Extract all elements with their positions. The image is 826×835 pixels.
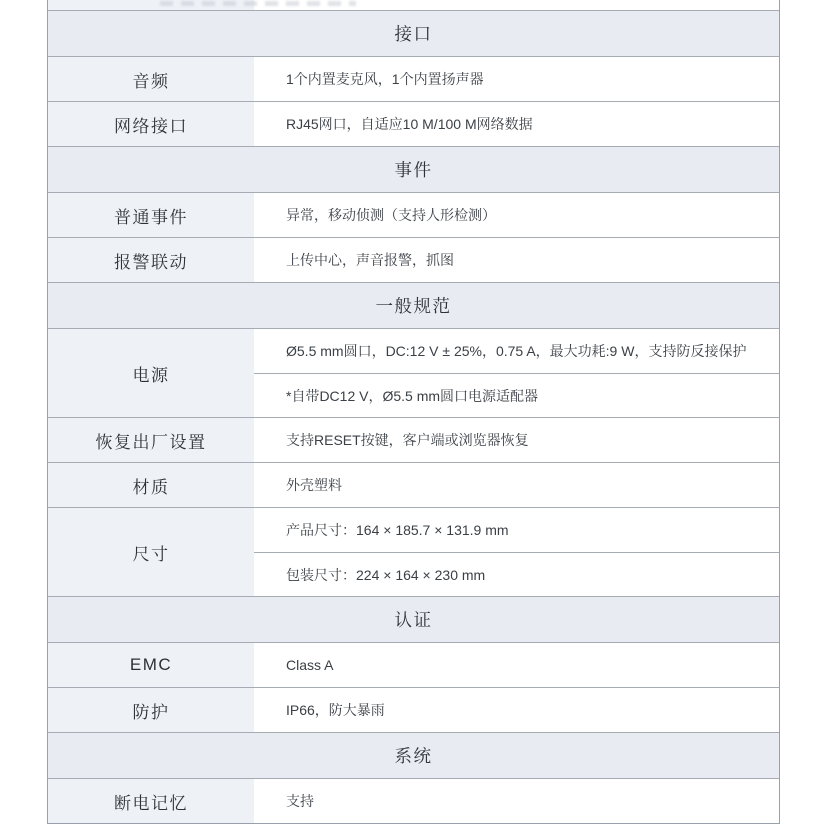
- spec-values-factory-reset: 支持RESET按键，客户端或浏览器恢复: [254, 418, 779, 462]
- spec-values-normal-event: 异常，移动侦测（支持人形检测）: [254, 193, 779, 237]
- spec-values-network-interface: RJ45网口，自适应10 M/100 M网络数据: [254, 102, 779, 146]
- spec-table: 接口音频1个内置麦克风，1个内置扬声器网络接口RJ45网口，自适应10 M/10…: [47, 0, 780, 824]
- spec-label-dimensions: 尺寸: [48, 508, 254, 596]
- spec-value: 包装尺寸：224 × 164 × 230 mm: [254, 552, 779, 596]
- spec-value: 支持RESET按键，客户端或浏览器恢复: [254, 418, 779, 462]
- spec-label-network-interface: 网络接口: [48, 102, 254, 146]
- spec-row-network-interface: 网络接口RJ45网口，自适应10 M/100 M网络数据: [48, 101, 779, 146]
- spec-value: 产品尺寸：164 × 185.7 × 131.9 mm: [254, 508, 779, 552]
- spec-value: 上传中心，声音报警，抓图: [254, 238, 779, 282]
- spec-row-audio: 音频1个内置麦克风，1个内置扬声器: [48, 56, 779, 101]
- section-header-event: 事件: [48, 146, 779, 192]
- section-header-certification: 认证: [48, 596, 779, 642]
- spec-label-material: 材质: [48, 463, 254, 507]
- section-title: 一般规范: [376, 293, 452, 318]
- spec-label-normal-event: 普通事件: [48, 193, 254, 237]
- spec-values-power-off-memory: 支持: [254, 779, 779, 823]
- spec-label-power: 电源: [48, 329, 254, 417]
- spec-row-dimensions: 尺寸产品尺寸：164 × 185.7 × 131.9 mm包装尺寸：224 × …: [48, 507, 779, 596]
- spec-value: 支持: [254, 779, 779, 823]
- spec-values-power: Ø5.5 mm圆口，DC:12 V ± 25%，0.75 A，最大功耗:9 W，…: [254, 329, 779, 417]
- section-title: 事件: [395, 157, 433, 182]
- clipped-row-label-cell: [48, 0, 254, 10]
- spec-value: RJ45网口，自适应10 M/100 M网络数据: [254, 102, 779, 146]
- spec-values-alarm-linkage: 上传中心，声音报警，抓图: [254, 238, 779, 282]
- spec-value: 1个内置麦克风，1个内置扬声器: [254, 57, 779, 101]
- spec-row-alarm-linkage: 报警联动上传中心，声音报警，抓图: [48, 237, 779, 282]
- spec-value: Ø5.5 mm圆口，DC:12 V ± 25%，0.75 A，最大功耗:9 W，…: [254, 329, 779, 373]
- spec-label-factory-reset: 恢复出厂设置: [48, 418, 254, 462]
- spec-values-dimensions: 产品尺寸：164 × 185.7 × 131.9 mm包装尺寸：224 × 16…: [254, 508, 779, 596]
- spec-value: 外壳塑料: [254, 463, 779, 507]
- spec-value: 异常，移动侦测（支持人形检测）: [254, 193, 779, 237]
- section-header-system: 系统: [48, 732, 779, 778]
- spec-value: Class A: [254, 643, 779, 687]
- spec-label-protection: 防护: [48, 688, 254, 732]
- spec-value: IP66，防大暴雨: [254, 688, 779, 732]
- spec-values-emc: Class A: [254, 643, 779, 687]
- clipped-row: [48, 0, 779, 10]
- spec-label-emc: EMC: [48, 643, 254, 687]
- spec-label-alarm-linkage: 报警联动: [48, 238, 254, 282]
- spec-row-factory-reset: 恢复出厂设置支持RESET按键，客户端或浏览器恢复: [48, 417, 779, 462]
- clipped-row-value-cell: [254, 0, 779, 10]
- spec-row-protection: 防护IP66，防大暴雨: [48, 687, 779, 732]
- section-header-general: 一般规范: [48, 282, 779, 328]
- section-title: 认证: [395, 607, 433, 632]
- spec-values-audio: 1个内置麦克风，1个内置扬声器: [254, 57, 779, 101]
- spec-page: 接口音频1个内置麦克风，1个内置扬声器网络接口RJ45网口，自适应10 M/10…: [0, 0, 826, 835]
- spec-row-material: 材质外壳塑料: [48, 462, 779, 507]
- section-title: 系统: [395, 743, 433, 768]
- spec-values-material: 外壳塑料: [254, 463, 779, 507]
- spec-value: *自带DC12 V，Ø5.5 mm圆口电源适配器: [254, 373, 779, 417]
- spec-values-protection: IP66，防大暴雨: [254, 688, 779, 732]
- spec-row-normal-event: 普通事件异常，移动侦测（支持人形检测）: [48, 192, 779, 237]
- section-title: 接口: [395, 21, 433, 46]
- spec-row-power-off-memory: 断电记忆支持: [48, 778, 779, 823]
- spec-row-power: 电源Ø5.5 mm圆口，DC:12 V ± 25%，0.75 A，最大功耗:9 …: [48, 328, 779, 417]
- section-header-interface: 接口: [48, 10, 779, 56]
- spec-label-audio: 音频: [48, 57, 254, 101]
- spec-label-power-off-memory: 断电记忆: [48, 779, 254, 823]
- spec-row-emc: EMCClass A: [48, 642, 779, 687]
